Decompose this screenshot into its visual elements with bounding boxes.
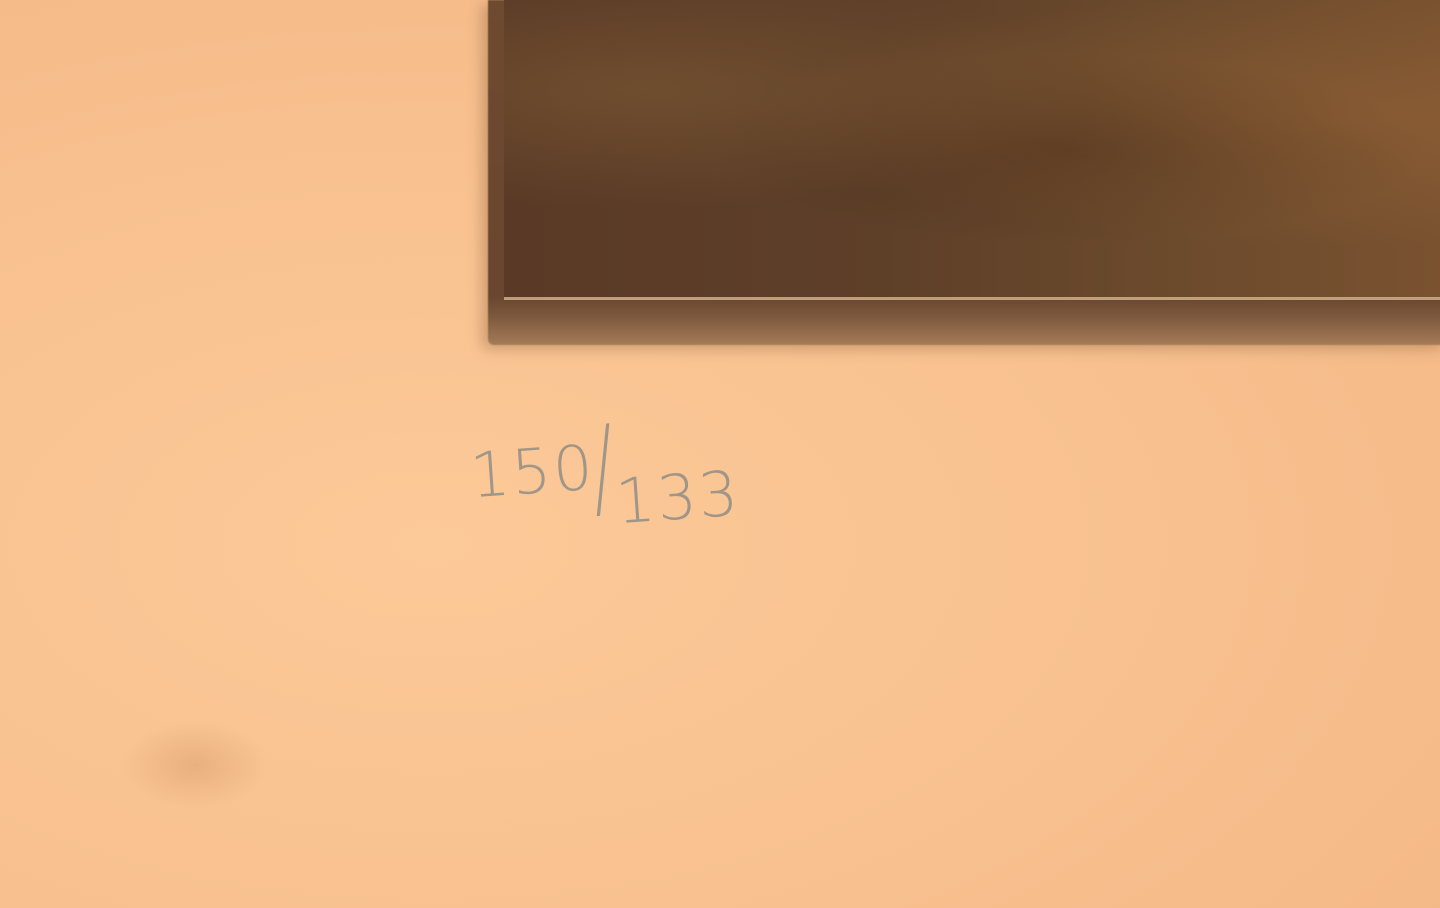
paper-stain bbox=[120, 720, 270, 810]
etching-image-area bbox=[504, 0, 1440, 298]
plate-border-line bbox=[504, 297, 1440, 300]
edition-denominator: 133 bbox=[613, 457, 742, 538]
edition-numerator: 150 bbox=[468, 431, 597, 512]
edition-number: 150/133 bbox=[468, 421, 740, 512]
